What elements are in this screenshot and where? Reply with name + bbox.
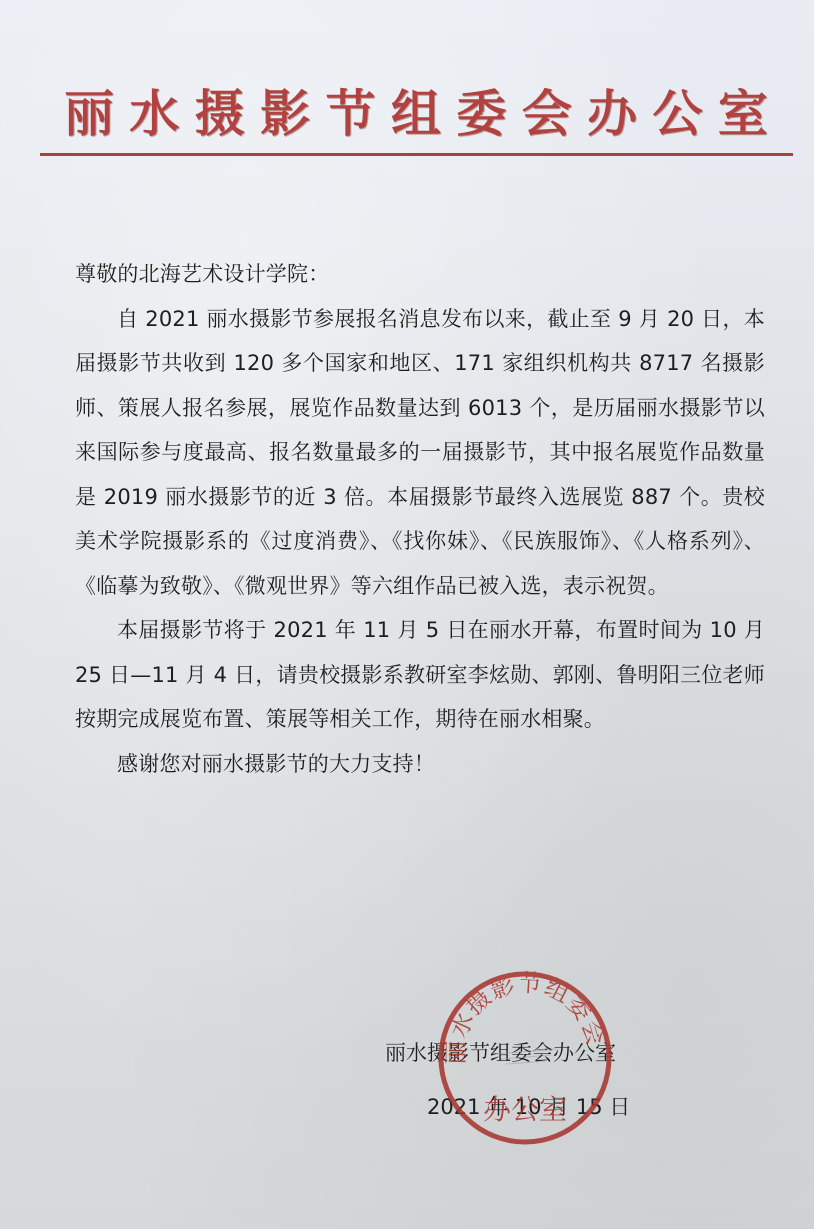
- letterhead-char: 室: [718, 89, 768, 139]
- letterhead-char: 办: [587, 89, 637, 139]
- letterhead-title: 丽 水 摄 影 节 组 委 会 办 公 室: [40, 84, 792, 144]
- letterhead-char: 摄: [195, 89, 245, 139]
- paragraph-selection-results: 自 2021 丽水摄影节参展报名消息发布以来，截止至 9 月 20 日，本届摄影…: [75, 297, 765, 609]
- signature-block: 丽水摄影节组委会办公室 2021 年 10 月 15 日: [385, 1026, 675, 1134]
- paragraph-thanks: 感谢您对丽水摄影节的大力支持！: [75, 742, 765, 787]
- letterhead-char: 会: [522, 89, 572, 139]
- letterhead-char: 影: [260, 89, 310, 139]
- signature-date: 2021 年 10 月 15 日: [385, 1080, 675, 1134]
- letter-body: 尊敬的北海艺术设计学院： 自 2021 丽水摄影节参展报名消息发布以来，截止至 …: [75, 252, 765, 786]
- letterhead-char: 组: [391, 89, 441, 139]
- salutation: 尊敬的北海艺术设计学院：: [75, 252, 765, 297]
- letterhead-char: 水: [129, 89, 179, 139]
- letterhead-char: 委: [456, 89, 506, 139]
- letterhead-char: 丽: [64, 89, 114, 139]
- letterhead-char: 公: [653, 89, 703, 139]
- letterhead-char: 节: [326, 89, 376, 139]
- paragraph-opening-schedule: 本届摄影节将于 2021 年 11 月 5 日在丽水开幕，布置时间为 10 月 …: [75, 608, 765, 742]
- letterhead-divider: [40, 153, 793, 156]
- signature-organization: 丽水摄影节组委会办公室: [385, 1026, 675, 1080]
